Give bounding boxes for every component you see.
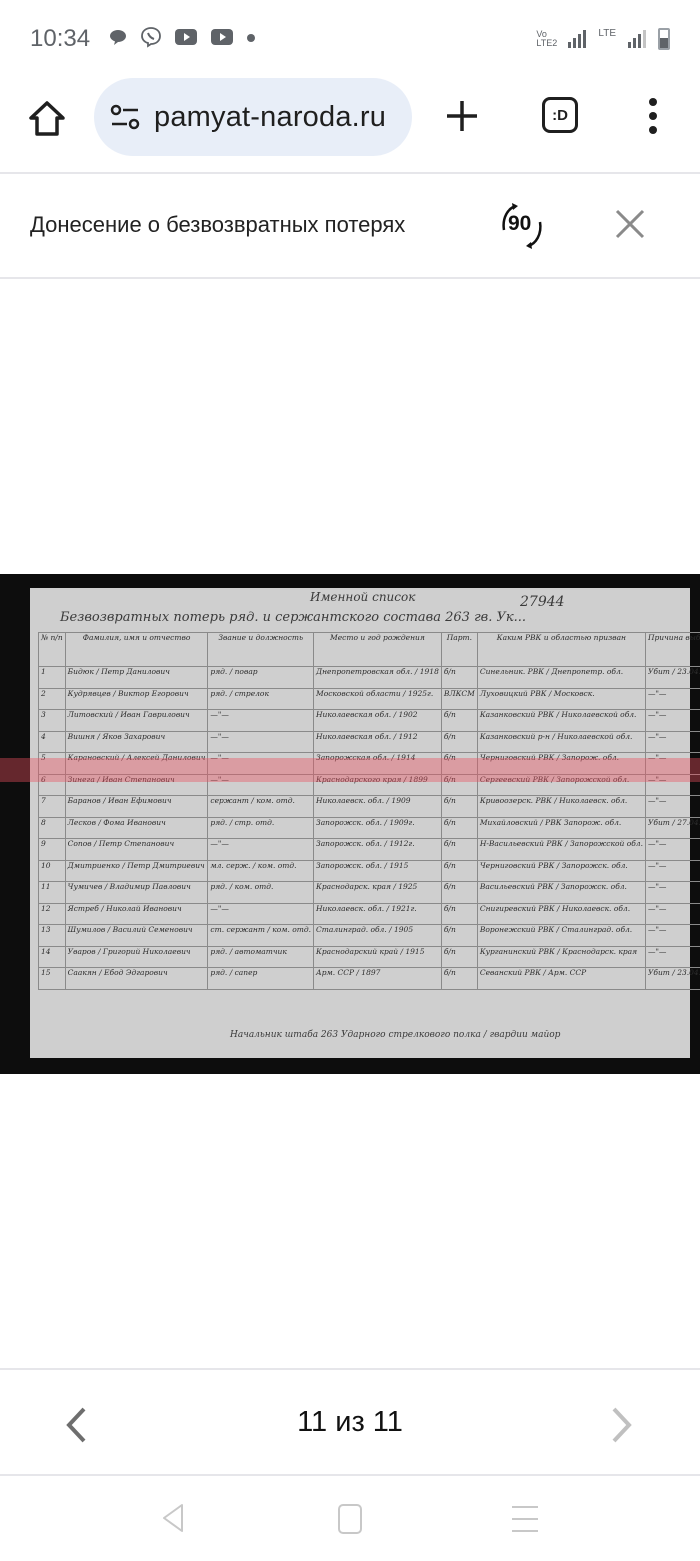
cell: Запорожск. обл. / 1909г. xyxy=(314,817,442,839)
list-title: Безвозвратных потерь ряд. и сержантского… xyxy=(60,610,526,625)
next-page-button[interactable] xyxy=(610,1406,634,1444)
cell: Синельник. РВК / Днепропетр. обл. xyxy=(477,667,645,689)
cell: Черниговский РВК / Запорожск. обл. xyxy=(477,860,645,882)
cell: Баранов / Иван Ефимович xyxy=(65,796,208,818)
more-options-button[interactable] xyxy=(645,98,661,134)
status-bar: 10:34 Vo LTE2 LTE xyxy=(0,0,700,78)
col-header: Причина выбытия xyxy=(645,633,700,667)
col-header: Фамилия, имя и отчество xyxy=(65,633,208,667)
image-viewport[interactable]: Именной список Безвозвратных потерь ряд.… xyxy=(0,280,700,1366)
network-type: LTE xyxy=(598,28,616,39)
col-header: Каким РВК и областью призван xyxy=(477,633,645,667)
plus-icon xyxy=(444,98,480,134)
recent-apps-button[interactable] xyxy=(512,1506,538,1532)
table-row: 12Ястреб / Николай Иванович—"—Николаевск… xyxy=(39,903,700,925)
rotate-90-button[interactable]: 90 xyxy=(496,200,548,252)
cell: Краснодарский край / 1915 xyxy=(314,946,442,968)
clock: 10:34 xyxy=(30,25,90,53)
cell: Казанковский РВК / Николаевской обл. xyxy=(477,710,645,732)
chat-bubble-icon xyxy=(108,27,128,52)
cell: 12 xyxy=(39,903,66,925)
table-row: 11Чумичев / Владимир Павловичряд. / ком.… xyxy=(39,882,700,904)
col-header: Место и год рождения xyxy=(314,633,442,667)
table-row: 9Сопов / Петр Степанович—"—Запорожск. об… xyxy=(39,839,700,861)
cell: —"— xyxy=(645,688,700,710)
cell: Чумичев / Владимир Павлович xyxy=(65,882,208,904)
url-text[interactable]: pamyat-naroda.ru xyxy=(154,101,386,134)
col-header: № п/п xyxy=(39,633,66,667)
cell: б/п xyxy=(441,710,477,732)
cell: Уваров / Григорий Николаевич xyxy=(65,946,208,968)
cell: Николаевск. обл. / 1909 xyxy=(314,796,442,818)
cell: Московской области / 1925г. xyxy=(314,688,442,710)
col-header: Парт. xyxy=(441,633,477,667)
back-triangle-icon xyxy=(160,1502,186,1534)
cell: 2 xyxy=(39,688,66,710)
cell: б/п xyxy=(441,731,477,753)
col-header: Звание и должность xyxy=(208,633,314,667)
table-row: 3Литовский / Иван Гаврилович—"—Николаевс… xyxy=(39,710,700,732)
cell: ряд. / стр. отд. xyxy=(208,817,314,839)
cell: Николаевск. обл. / 1921г. xyxy=(314,903,442,925)
system-navigation-bar xyxy=(0,1478,700,1561)
cell: б/п xyxy=(441,903,477,925)
table-row: 1Бидюк / Петр Даниловичряд. / поварДнепр… xyxy=(39,667,700,689)
cell: Воронежский РВК / Сталинград. обл. xyxy=(477,925,645,947)
cell: Бидюк / Петр Данилович xyxy=(65,667,208,689)
cell: —"— xyxy=(208,731,314,753)
viber-icon xyxy=(140,26,162,53)
dot-icon xyxy=(246,30,256,48)
table-row: 7Баранов / Иван Ефимовичсержант / ком. о… xyxy=(39,796,700,818)
table-row: 15Саакян / Ебод Эдгаровичряд. / саперАрм… xyxy=(39,968,700,990)
casualty-table: № п/п Фамилия, имя и отчество Звание и д… xyxy=(38,632,700,990)
cell: Арм. ССР / 1897 xyxy=(314,968,442,990)
cell: —"— xyxy=(208,839,314,861)
recents-line-icon xyxy=(512,1506,538,1508)
document-title: Донесение о безвозвратных потерях xyxy=(30,212,405,238)
cell: 3 xyxy=(39,710,66,732)
cell: —"— xyxy=(208,710,314,732)
cell: —"— xyxy=(645,903,700,925)
chevron-right-icon xyxy=(610,1406,634,1444)
cell: —"— xyxy=(645,731,700,753)
cell: —"— xyxy=(645,860,700,882)
cell: ст. сержант / ком. отд. xyxy=(208,925,314,947)
cell: Убит / 27.04.44г. xyxy=(645,817,700,839)
tab-switcher-button[interactable]: :D xyxy=(542,97,578,133)
cell: б/п xyxy=(441,817,477,839)
cell: Кудрявцев / Виктор Егорович xyxy=(65,688,208,710)
document-signature: Начальник штаба 263 Ударного стрелкового… xyxy=(230,1030,560,1040)
table-row: 8Лесков / Фома Ивановичряд. / стр. отд.З… xyxy=(39,817,700,839)
menu-dot-icon xyxy=(649,126,657,134)
cell: ряд. / повар xyxy=(208,667,314,689)
site-settings-icon[interactable] xyxy=(110,104,140,130)
menu-dot-icon xyxy=(649,112,657,120)
cell: —"— xyxy=(208,903,314,925)
cell: Васильевский РВК / Запорожск. обл. xyxy=(477,882,645,904)
cell: Литовский / Иван Гаврилович xyxy=(65,710,208,732)
cell: Вишня / Яков Захарович xyxy=(65,731,208,753)
cell: б/п xyxy=(441,796,477,818)
cell: Михайловский / РВК Запорож. обл. xyxy=(477,817,645,839)
table-row: 10Дмитриенко / Петр Дмитриевичмл. серж. … xyxy=(39,860,700,882)
cell: 15 xyxy=(39,968,66,990)
cell: 4 xyxy=(39,731,66,753)
battery-icon xyxy=(658,28,670,50)
close-viewer-button[interactable] xyxy=(614,208,646,240)
home-button[interactable] xyxy=(26,98,68,140)
cell: 13 xyxy=(39,925,66,947)
youtube-icon xyxy=(174,28,198,51)
recents-line-icon xyxy=(512,1530,538,1532)
cell: —"— xyxy=(645,882,700,904)
document-scan[interactable]: Именной список Безвозвратных потерь ряд.… xyxy=(0,574,700,1074)
new-tab-button[interactable] xyxy=(444,98,480,134)
rotate-label: 90 xyxy=(508,212,531,236)
cell: б/п xyxy=(441,667,477,689)
cell: Убит / 23.04.44г. xyxy=(645,667,700,689)
cell: мл. серж. / ком. отд. xyxy=(208,860,314,882)
cell: Казанковский р-н / Николаевской обл. xyxy=(477,731,645,753)
cell: б/п xyxy=(441,860,477,882)
menu-dot-icon xyxy=(649,98,657,106)
pagination-bar: 11 из 11 xyxy=(0,1368,700,1476)
cell: Убит / 23.04.44г. xyxy=(645,968,700,990)
cell: Ястреб / Николай Иванович xyxy=(65,903,208,925)
cell: Дмитриенко / Петр Дмитриевич xyxy=(65,860,208,882)
document-heading: Именной список Безвозвратных потерь ряд.… xyxy=(50,590,670,630)
browser-toolbar: pamyat-naroda.ru :D xyxy=(0,78,700,170)
list-heading: Именной список xyxy=(310,590,415,604)
address-bar[interactable]: pamyat-naroda.ru xyxy=(94,78,412,156)
cell: Н-Васильевский РВК / Запорожской обл. xyxy=(477,839,645,861)
cell: Лесков / Фома Иванович xyxy=(65,817,208,839)
cell: Кривоозерск. РВК / Николаевск. обл. xyxy=(477,796,645,818)
document-number: 27944 xyxy=(520,594,565,610)
cell: 11 xyxy=(39,882,66,904)
table-row: 14Уваров / Григорий Николаевичряд. / авт… xyxy=(39,946,700,968)
cell: Запорожск. обл. / 1912г. xyxy=(314,839,442,861)
cell: Луховицкий РВК / Московск. xyxy=(477,688,645,710)
cell: 10 xyxy=(39,860,66,882)
home-nav-button[interactable] xyxy=(338,1504,362,1534)
cell: Краснодарск. края / 1925 xyxy=(314,882,442,904)
cell: Шумилов / Василий Семенович xyxy=(65,925,208,947)
volte-icon: Vo LTE2 xyxy=(536,30,556,48)
cell: 9 xyxy=(39,839,66,861)
cell: Днепропетровская обл. / 1918 xyxy=(314,667,442,689)
cell: —"— xyxy=(645,796,700,818)
table-row: 13Шумилов / Василий Семеновичст. сержант… xyxy=(39,925,700,947)
cell: ряд. / сапер xyxy=(208,968,314,990)
cell: —"— xyxy=(645,925,700,947)
notification-icons xyxy=(108,26,256,53)
page-indicator: 11 из 11 xyxy=(0,1406,700,1439)
cell: б/п xyxy=(441,925,477,947)
table-header-row: № п/п Фамилия, имя и отчество Звание и д… xyxy=(39,633,700,667)
cell: сержант / ком. отд. xyxy=(208,796,314,818)
youtube-icon xyxy=(210,28,234,51)
cell: Саакян / Ебод Эдгарович xyxy=(65,968,208,990)
cell: 1 xyxy=(39,667,66,689)
cell: б/п xyxy=(441,968,477,990)
cell: 14 xyxy=(39,946,66,968)
cell: б/п xyxy=(441,946,477,968)
cell: Сопов / Петр Степанович xyxy=(65,839,208,861)
cell: —"— xyxy=(645,710,700,732)
cell: б/п xyxy=(441,882,477,904)
cell: ряд. / стрелок xyxy=(208,688,314,710)
cell: ряд. / автоматчик xyxy=(208,946,314,968)
cell: —"— xyxy=(645,839,700,861)
cell: Запорожск. обл. / 1915 xyxy=(314,860,442,882)
table-row: 2Кудрявцев / Виктор Егоровичряд. / стрел… xyxy=(39,688,700,710)
cell: Курганинский РВК / Краснодарск. края xyxy=(477,946,645,968)
table-row: 4Вишня / Яков Захарович—"—Николаевская о… xyxy=(39,731,700,753)
back-button[interactable] xyxy=(160,1502,186,1534)
cell: Сталинград. обл. / 1905 xyxy=(314,925,442,947)
highlighted-row xyxy=(0,758,700,782)
system-indicators: Vo LTE2 LTE xyxy=(536,28,670,50)
cell: ряд. / ком. отд. xyxy=(208,882,314,904)
viewer-header: Донесение о безвозвратных потерях 90 xyxy=(0,172,700,279)
signal-icon xyxy=(568,30,586,48)
home-icon xyxy=(26,98,68,140)
cell: ВЛКСМ xyxy=(441,688,477,710)
cell: Николаевская обл. / 1912 xyxy=(314,731,442,753)
scanned-paper: Именной список Безвозвратных потерь ряд.… xyxy=(30,588,690,1058)
recents-line-icon xyxy=(512,1518,538,1520)
cell: 8 xyxy=(39,817,66,839)
cell: б/п xyxy=(441,839,477,861)
cell: Снигиревский РВК / Николаевск. обл. xyxy=(477,903,645,925)
cell: Севанский РВК / Арм. ССР xyxy=(477,968,645,990)
cell: Николаевская обл. / 1902 xyxy=(314,710,442,732)
close-icon xyxy=(614,208,646,240)
cell: —"— xyxy=(645,946,700,968)
cell: 7 xyxy=(39,796,66,818)
signal-icon-2 xyxy=(628,30,646,48)
